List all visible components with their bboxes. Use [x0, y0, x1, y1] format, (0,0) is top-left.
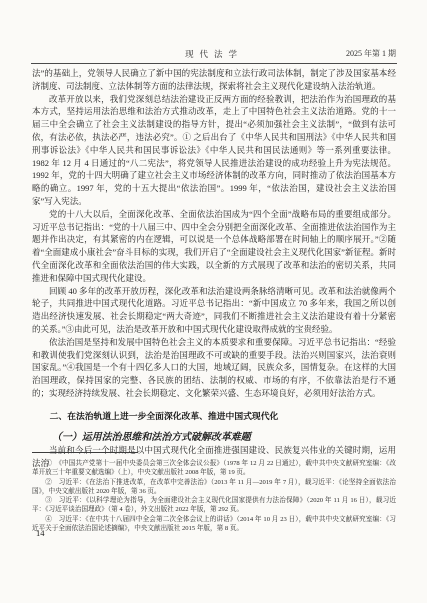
- body-paragraph: 依法治国是坚持和发展中国特色社会主义的本质要求和重要保障。习近平总书记指出：“经…: [32, 336, 396, 400]
- journal-page: 现代法学 2025 年第 1 期 法”的基础上，党领导人民确立了新中国的宪法制度…: [0, 0, 427, 603]
- page-number: 14: [36, 528, 45, 538]
- footnote-area: ① 《中国共产党第十一届中央委员会第三次全体会议公报》（1978 年 12 月 …: [32, 452, 396, 533]
- article-body: 法”的基础上，党领导人民确立了新中国的宪法制度和立法行政司法体制，制定了涉及国家…: [32, 67, 396, 470]
- subsection-heading: （一）运用法治思维和法治方式破解改革难题: [32, 432, 396, 445]
- section-heading: 二、在法治轨道上进一步全面深化改革、推进中国式现代化: [32, 410, 396, 423]
- body-paragraph: 党的十八大以后，全面深化改革、全面依法治国成为“四个全面”战略布局的重要组成部分…: [32, 208, 396, 285]
- header-rule: [31, 63, 397, 64]
- journal-title: 现代法学: [32, 48, 396, 60]
- issue-label: 2025 年第 1 期: [346, 48, 396, 59]
- footnote-item: ③ 习近平：《以科学理论为指导，为全面建设社会主义现代化国家提供有力法治保障》（…: [32, 496, 396, 515]
- footnote-item: ② 习近平：《在法治下推进改革，在改革中完善法治》（2013 年 11 月—20…: [32, 478, 396, 497]
- page-header: 现代法学 2025 年第 1 期: [32, 48, 396, 62]
- body-paragraph: 改革开放以来，我们党深刻总结法治建设正反两方面的经验教训，把法治作为治国理政的基…: [32, 93, 396, 208]
- footnote-item: ④ 习近平：《在中共十八届四中全会第二次全体会议上的讲话》（2014 年 10 …: [32, 515, 396, 534]
- footnote-item: ① 《中国共产党第十一届中央委员会第三次全体会议公报》（1978 年 12 月 …: [32, 459, 396, 478]
- body-paragraph: 回顾 40 多年的改革开放历程，深化改革和法治建设两条脉络清晰可见。改革和法治就…: [32, 285, 396, 336]
- footnote-separator: [32, 452, 138, 453]
- body-paragraph: 法”的基础上，党领导人民确立了新中国的宪法制度和立法行政司法体制，制定了涉及国家…: [32, 67, 396, 93]
